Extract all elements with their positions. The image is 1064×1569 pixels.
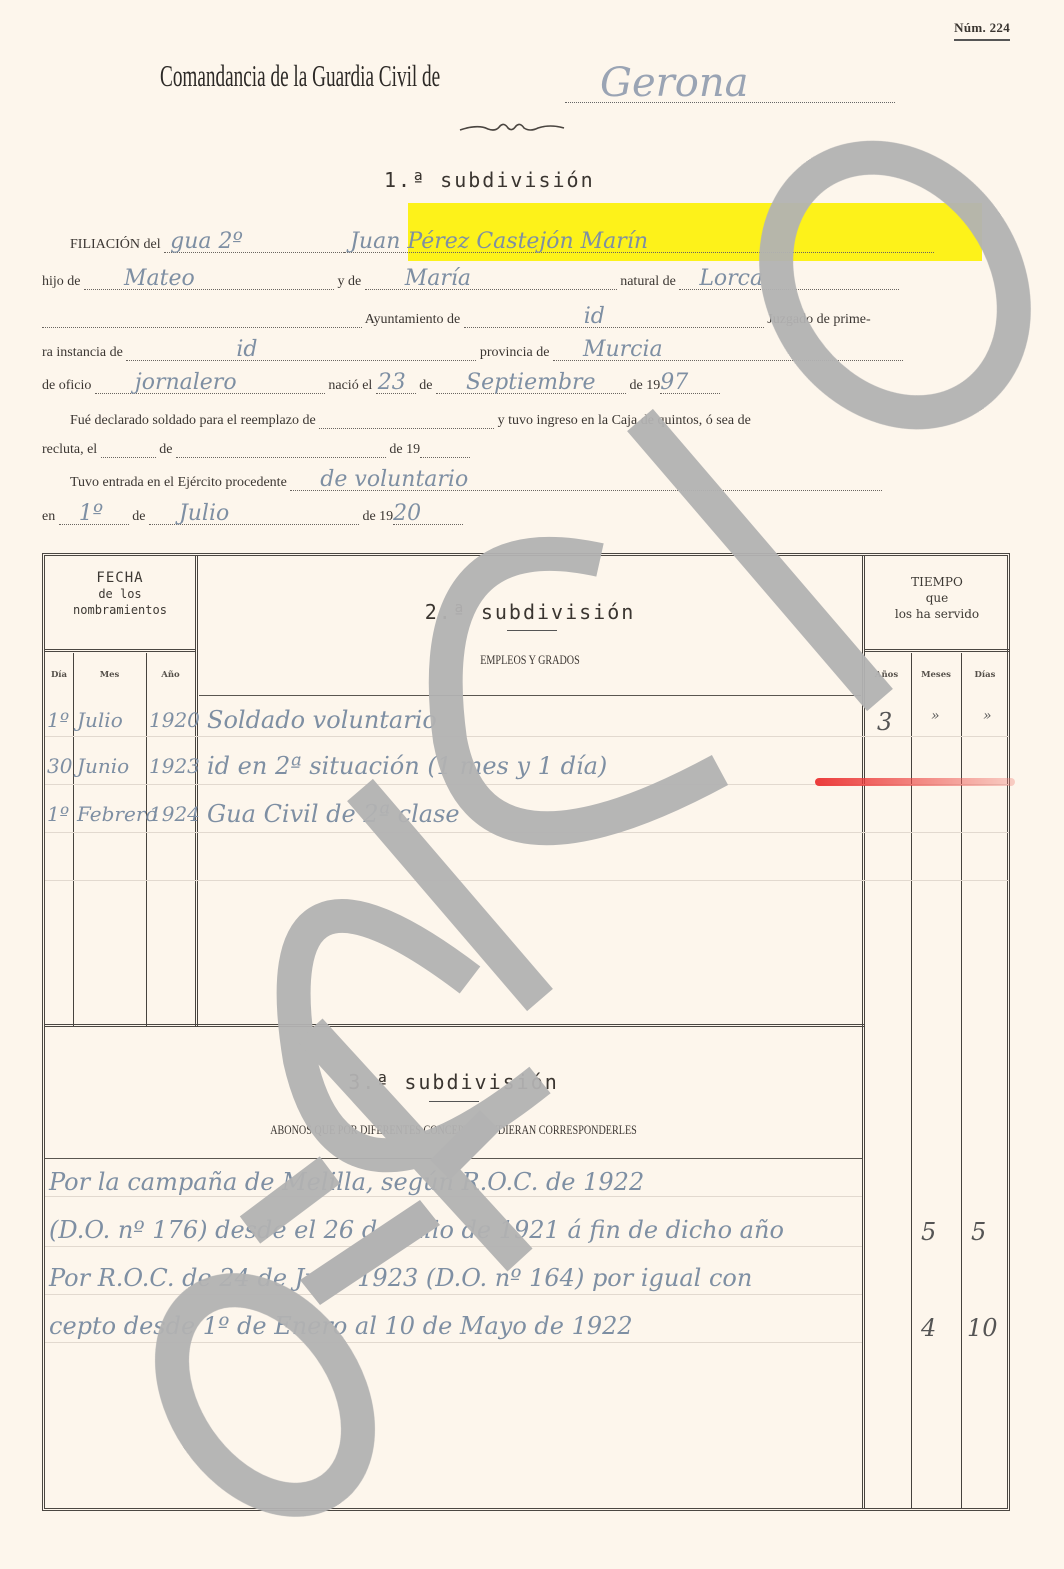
row-ano: 1923 [149,754,200,778]
ruled-line [45,832,1009,833]
tiempo-line2: que [865,590,1009,606]
caja-label: y tuvo ingreso en la Caja de quintos, ó … [498,413,751,428]
row-dia: 30 [47,754,72,778]
section3-heading: 3.ª subdivisión [45,1070,862,1094]
oficio-label: de oficio [42,378,91,393]
tiempo-header: TIEMPO que los ha servido [865,574,1009,622]
row-empleo: Gua Civil de 2ª clase [207,800,460,828]
col-meses-header: Meses [911,670,961,680]
entrada-date-row: en 1º de Julio de 1920 [42,508,1016,525]
row-mes: Junio [77,754,129,778]
recluta-de-label: de [159,442,172,457]
hijo-de-label: hijo de [42,274,81,289]
provincia-field: Murcia [553,344,903,361]
instancia-value: id [236,337,257,362]
fecha-header-divider [45,649,195,652]
fecha-col-divider [195,556,198,1026]
row-dia: 1º [47,708,69,732]
ayuntamiento-label: Ayuntamiento de [365,312,461,327]
natural-de-value: Lorca [699,266,763,291]
filiacion-name-value: Juan Pérez Castejón Marín [350,229,648,254]
filiacion-name-field: Juan Pérez Castejón Marín [344,236,934,253]
abono-text: (D.O. nº 176) desde el 26 de Julio de 19… [49,1216,784,1244]
ruled-line [45,880,1009,881]
entrada-month-value: Julio [179,501,229,526]
father-field: Mateo [84,273,334,290]
col-anos-header: Años [862,670,911,680]
heading-rule [507,630,557,631]
red-pencil-mark [815,778,1015,786]
recluta-year-field [420,441,470,458]
provincia-value: Murcia [583,337,663,362]
ayuntamiento-field: id [464,311,764,328]
de19-label: de 19 [630,378,661,393]
handwritten-comandancia: Gerona [600,60,748,106]
section2-subheading: EMPLEOS Y GRADOS [272,652,788,668]
col-mes-header: Mes [73,670,146,680]
row-ano: 1924 [149,802,200,826]
mes-ano-divider [146,653,147,1026]
natural-de-label: natural de [620,274,676,289]
recluta-month-field [176,441,386,458]
abono-dias: 5 [971,1218,986,1246]
filiacion-row: FILIACIÓN del gua 2ºJuan Pérez Castejón … [42,236,1016,253]
nacio-label: nació el [328,378,372,393]
nacio-day-field: 23 [376,377,416,394]
tiempo-line3: los ha servido [865,606,1009,622]
section2-heading: 2.ª subdivisión [199,600,861,624]
ruled-line [45,1196,862,1197]
nacio-year-field: 97 [660,377,720,394]
filiacion-rank-field: gua 2º [164,236,344,253]
service-record-table: FECHA de los nombramientos Día Mes Año 2… [42,553,1010,1511]
instancia-label: ra instancia de [42,345,123,360]
row-empleo: id en 2ª situación (1 mes y 1 día) [207,752,607,780]
document-number: Núm. 224 [954,20,1010,41]
ruled-line [45,736,1009,737]
recluta-day-field [101,441,156,458]
fecha-header: FECHA de los nombramientos [45,570,195,618]
abono-text: cepto desde 1º de Enero al 10 de Mayo de… [49,1312,633,1340]
recluta-label: recluta, el [42,442,97,457]
oficio-value: jornalero [135,370,237,395]
ruled-line [45,1342,862,1343]
ruled-line [45,1294,862,1295]
abono-text: Por la campaña de Melilla, según R.O.C. … [49,1168,644,1196]
soldado-label: Fué declarado soldado para el reemplazo … [70,413,316,428]
row-mes: Julio [77,708,123,732]
abono-dias: 10 [967,1314,998,1342]
natural-de-field: Lorca [679,273,899,290]
entrada-row: Tuvo entrada en el Ejército procedente d… [42,474,1016,491]
fecha-line3: nombramientos [45,602,195,618]
tiempo-header-divider [865,649,1009,652]
entrada-value: de voluntario [320,467,468,492]
oficio-row: de oficio jornalero nació el 23 de Septi… [42,377,1016,394]
filiacion-rank-value: gua 2º [170,229,243,254]
document-title: Comandancia de la Guardia Civil de [160,58,440,94]
nacio-month-value: Septiembre [466,370,596,395]
mother-value: María [405,266,471,291]
abono-meses: 5 [921,1218,936,1246]
ruled-line [45,1246,862,1247]
section1-heading: 1.ª subdivisión [384,168,595,192]
oficio-field: jornalero [95,377,325,394]
juzgado-label: Juzgado de prime- [767,312,870,327]
fecha-line2: de los [45,586,195,602]
section3-subheading: ABONOS QUE POR DIFERENTES CONCEPTOS PUDI… [135,1122,772,1138]
row-meses: » [931,708,940,724]
row-ano: 1920 [149,708,200,732]
entrada-field: de voluntario [290,474,882,491]
nacio-day-value: 23 [378,370,406,395]
col-dia-header: Día [45,670,73,680]
instancia-field: id [126,344,476,361]
abono-text: Por R.O.C. de 24 de Julio 1923 (D.O. nº … [49,1264,752,1292]
instancia-row: ra instancia de id provincia de Murcia [42,344,1016,361]
entrada-year-field: 20 [393,508,463,525]
y-de-label: y de [338,274,362,289]
nacio-year-value: 97 [660,370,688,395]
abonos-header-divider [45,1158,862,1159]
entrada-label: Tuvo entrada en el Ejército procedente [70,475,287,490]
row-anos: 3 [877,708,892,736]
entrada-year-value: 20 [393,501,421,526]
recluta-year-label: de 19 [389,442,420,457]
soldado-row: Fué declarado soldado para el reemplazo … [42,412,1016,429]
abono-meses: 4 [921,1314,936,1342]
row-dias: » [983,708,992,724]
row-empleo: Soldado voluntario [207,706,437,734]
entrada-month-field: Julio [149,508,359,525]
tiempo-title: TIEMPO [865,574,1009,590]
en-label: en [42,509,55,524]
de-label: de [419,378,432,393]
entrada-year-label: de 19 [362,509,393,524]
provincia-label: provincia de [480,345,550,360]
filiacion-label: FILIACIÓN del [70,237,161,252]
row-mes: Febrero [77,802,157,826]
father-value: Mateo [124,266,195,291]
entrada-day-field: 1º [59,508,129,525]
row-dia: 1º [47,802,69,826]
ayuntamiento-row: Ayuntamiento de id Juzgado de prime- [42,311,1016,328]
empleos-header-divider [199,695,861,696]
nacio-month-field: Septiembre [436,377,626,394]
section-divider [45,1024,865,1027]
ornament-flourish-icon [458,120,566,136]
recluta-row: recluta, el de de 19 [42,441,1016,458]
entrada-day-value: 1º [79,501,103,526]
entrada-de-label: de [132,509,145,524]
blank-field [42,311,362,328]
col-dias-header: Días [961,670,1009,680]
mother-field: María [365,273,617,290]
dia-mes-divider [73,653,74,1026]
parents-row: hijo de Mateo y de María natural de Lorc… [42,273,1016,290]
tiempo-col-divider [862,556,865,1508]
ayuntamiento-value: id [584,304,605,329]
reemplazo-field [319,412,494,429]
col-ano-header: Año [146,670,195,680]
fecha-title: FECHA [45,570,195,586]
heading-rule [429,1101,479,1102]
